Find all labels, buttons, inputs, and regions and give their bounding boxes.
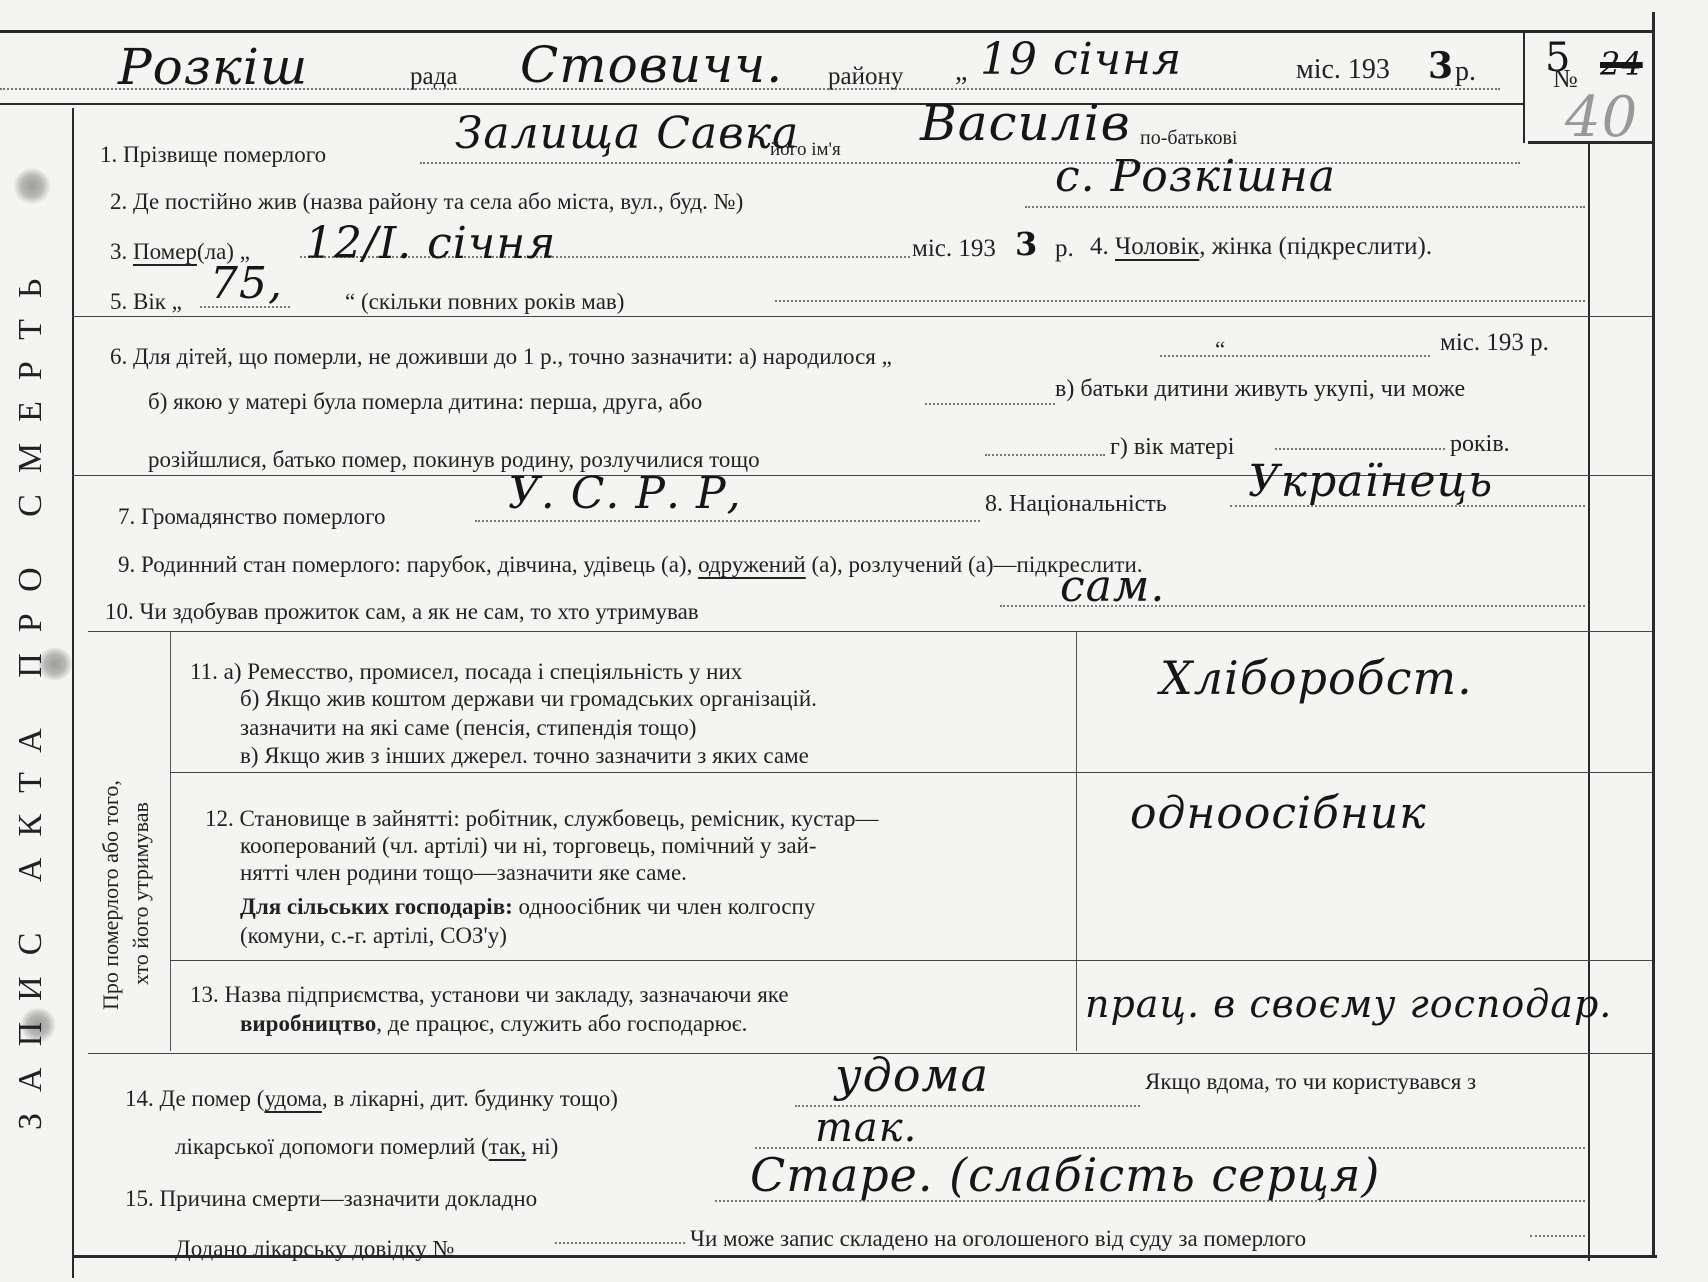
certificate-dotted-line [555, 1242, 685, 1244]
age-label-suffix: “ (скільки повних років мав) [345, 290, 624, 313]
medical-help-label: лікарської допомоги померлий (так, ні) [175, 1135, 558, 1158]
cause-of-death-label: 15. Причина смерти—зазначити докладно [125, 1187, 537, 1210]
nationality-value: Українець [1248, 460, 1493, 504]
medical-label-before: лікарської допомоги померлий ( [175, 1134, 489, 1159]
citizenship-label: 7. Громадянство померлого [118, 505, 386, 528]
death-year-suffix: р. [1055, 236, 1074, 261]
parents-dotted-line [985, 454, 1105, 456]
employment-line3: нятті член родини тощо—зазначити яке сам… [240, 861, 687, 884]
child-order-dotted-line [925, 403, 1055, 405]
employment-line4-rest: одноосібник чи член колгоспу [513, 894, 816, 919]
rada-label: рада [410, 64, 457, 89]
header-bottom-border [0, 103, 1525, 105]
death-date-value: 12/I. січня [305, 222, 556, 266]
workplace-line2: виробництво, де працює, служить або госп… [240, 1012, 747, 1035]
infant-line3b: г) вік матері [1110, 435, 1234, 459]
side-bracket-label-line2: хто його утримував [130, 802, 152, 985]
side-title: ЗАПИС АКТА ПРО СМЕРТЬ [14, 258, 48, 1130]
place-of-death-label: 14. Де помер (удома, в лікарні, дит. буд… [125, 1087, 618, 1110]
employment-line5: (комуни, с.-г. артілі, СОЗ'у) [240, 924, 507, 947]
occupation-line3: зазначити на які саме (пенсія, стипендія… [240, 716, 696, 739]
medical-label-after: ні) [526, 1134, 558, 1159]
place-home-underlined: удома [264, 1086, 321, 1111]
number-crossed-value: 24 [1600, 48, 1643, 80]
residence-value: с. Розкішна [1055, 155, 1336, 199]
infant-birth-month: міс. 193 р. [1440, 330, 1549, 355]
court-record-label: Чи може запис складено на оголошеного ві… [690, 1227, 1306, 1250]
district-value: Стовичч. [520, 40, 783, 90]
month-label: міс. 193 [1296, 56, 1390, 84]
citizenship-value: У. С. Р. Р, [508, 472, 742, 516]
occupation-line4: в) Якщо жив з інших джерел. точно зазнач… [240, 744, 809, 767]
row-divider-10 [88, 631, 1652, 632]
number-pencil-value: 40 [1565, 90, 1638, 146]
infant-line2b: в) батьки дитини живуть укупі, чи може [1055, 377, 1465, 401]
name-label: його ім'я [770, 140, 841, 159]
marital-label-before: 9. Родинний стан померлого: парубок, дів… [118, 552, 698, 577]
row-divider-12 [170, 960, 1652, 961]
occupation-line2: б) Якщо жив коштом держави чи громадськи… [240, 687, 817, 710]
certificate-label: Додано лікарську довідку № [175, 1237, 454, 1260]
top-border [0, 30, 1655, 33]
infant-birth-dotted-line [1160, 355, 1430, 357]
cause-of-death-value: Старе. (слабість серця) [750, 1152, 1380, 1198]
surname-dotted-line [420, 162, 1520, 164]
employment-line1: 12. Становище в зайнятті: робітник, служ… [205, 807, 879, 830]
production-bold: виробництво [240, 1011, 376, 1036]
bracket-divider [170, 631, 171, 1051]
number-box-left-border [1523, 30, 1525, 143]
medical-yes-underlined: так, [489, 1134, 526, 1159]
village-value: Розкіш [118, 42, 308, 92]
court-dotted-line [1530, 1235, 1585, 1237]
marital-married-underlined: одружений [698, 552, 806, 577]
sex-label: 4. Чоловік, жінка (підкреслити). [1090, 234, 1432, 259]
infant-line1-quote: “ [1215, 338, 1225, 361]
marital-status-label: 9. Родинний стан померлого: парубок, дів… [118, 553, 1143, 576]
place-label-after: , в лікарні, дит. будинку тощо) [322, 1086, 618, 1111]
workplace-line1: 13. Назва підприємства, установи чи закл… [190, 983, 789, 1006]
death-year-digit: 3 [1015, 228, 1038, 260]
died-option-underlined: Помер [133, 239, 197, 264]
citizenship-dotted-line [475, 520, 980, 522]
employment-line4: Для сільських господарів: одноосібник чи… [240, 895, 815, 918]
infant-line1: 6. Для дітей, що померли, не доживши до … [110, 345, 892, 368]
place-of-death-value: удома [835, 1052, 989, 1098]
sex-male-underlined: Чоловік [1115, 233, 1199, 260]
home-followup-label: Якщо вдома, то чи користувався з [1145, 1070, 1476, 1093]
residence-label: 2. Де постійно жив (назва району та села… [110, 190, 743, 213]
workplace-line2-rest: , де працює, служить або господарює. [376, 1011, 747, 1036]
death-month-label: міс. 193 [912, 236, 996, 261]
employment-value: одноосібник [1130, 792, 1427, 836]
livelihood-label: 10. Чи здобував прожиток сам, а як не са… [105, 600, 699, 623]
side-bracket-label-line1: Про померлого або того, [100, 780, 122, 1010]
row-divider-11 [170, 772, 1652, 773]
left-inner-border [72, 108, 74, 1278]
name-value: Василів [920, 98, 1131, 148]
infant-line2a: б) якою у матері була померла дитина: пе… [148, 390, 702, 413]
field-number: 4. [1090, 233, 1115, 260]
rural-owners-bold: Для сільських господарів: [240, 894, 513, 919]
infant-line3c: років. [1450, 432, 1510, 456]
field-number: 3. [110, 239, 133, 264]
paper-stain [12, 168, 52, 204]
employment-line2: кооперований (чл. артілі) чи ні, торгове… [240, 834, 817, 857]
workplace-value: прац. в своєму господар. [1085, 985, 1612, 1023]
year-suffix: р. [1455, 58, 1476, 86]
residence-dotted-line [1025, 206, 1585, 208]
sex-label-rest: , жінка (підкреслити). [1199, 233, 1432, 260]
inner-right-border [1588, 141, 1590, 1261]
surname-label: 1. Прізвище померлого [100, 143, 326, 166]
age-label: 5. Вік „ [110, 290, 182, 313]
date-quote: „ [955, 58, 967, 86]
year-digit-value: 3 [1428, 48, 1454, 84]
right-border [1652, 12, 1655, 1255]
place-label-before: 14. Де помер ( [125, 1086, 264, 1111]
district-label: району [828, 64, 903, 89]
surname-value: Залища Савка [455, 112, 799, 156]
row-divider-5 [72, 316, 1652, 317]
age-trailing-dotted-line [775, 300, 1585, 302]
registration-date-value: 19 січня [980, 38, 1182, 82]
answer-column-divider [1076, 631, 1077, 1051]
patronymic-label: по-батькові [1140, 128, 1237, 148]
age-value: 75, [210, 262, 283, 306]
occupation-line1: 11. а) Ремесство, промисел, посада і спе… [190, 660, 742, 683]
livelihood-value: сам. [1060, 565, 1165, 609]
mother-age-dotted-line [1275, 448, 1445, 450]
occupation-value: Хліборобст. [1160, 655, 1473, 701]
medical-help-value: так. [815, 1108, 917, 1148]
nationality-label: 8. Національність [985, 492, 1167, 516]
